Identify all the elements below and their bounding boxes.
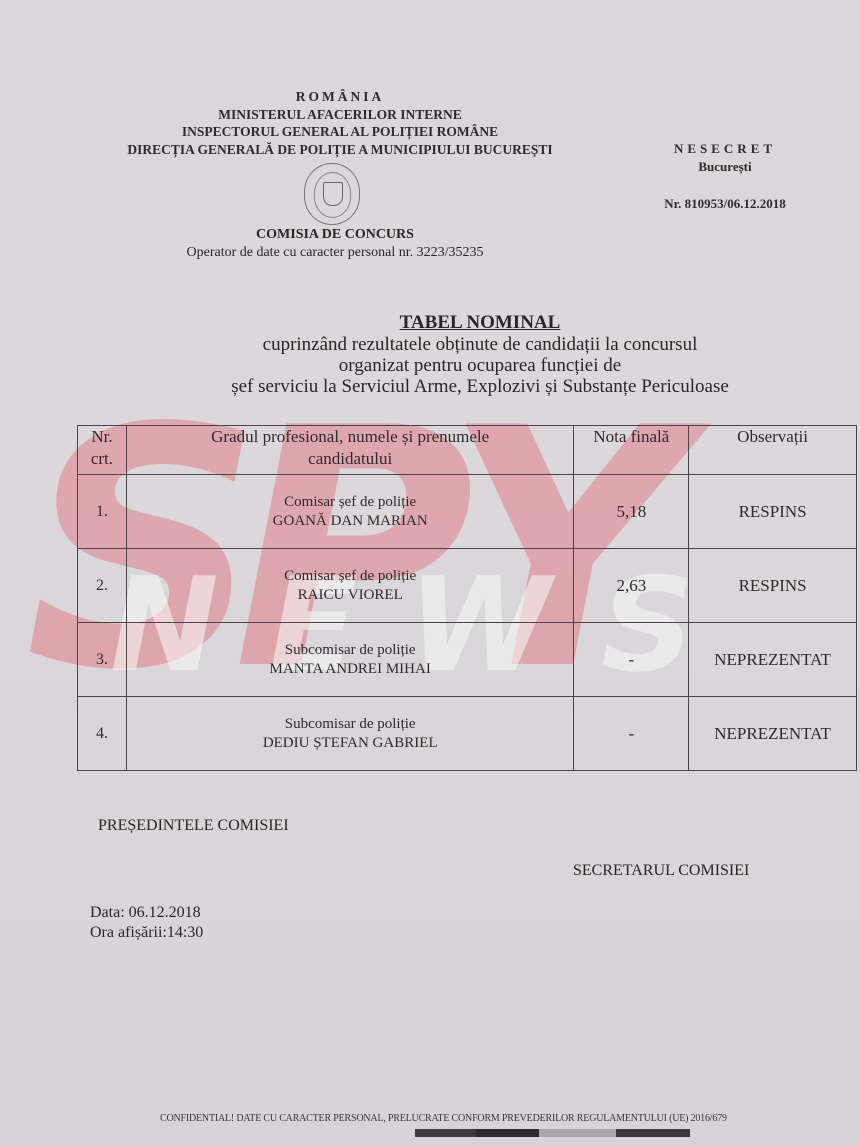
row-number: 3. — [78, 623, 127, 697]
row-number: 4. — [78, 697, 127, 771]
table-row: 4. Subcomisar de poliție DEDIU ȘTEFAN GA… — [78, 697, 857, 771]
final-grade: - — [574, 623, 689, 697]
posting-date: Data: 06.12.2018 — [90, 903, 203, 923]
confidentiality-bar — [415, 1129, 690, 1137]
candidate-rank: Subcomisar de poliție — [127, 715, 574, 734]
column-header-remarks: Observații — [689, 426, 857, 475]
header-left: ROMÂNIA MINISTERUL AFACERILOR INTERNE IN… — [90, 88, 590, 158]
remarks: RESPINS — [689, 475, 857, 549]
final-grade: 2,63 — [574, 549, 689, 623]
registration-number: Nr. 810953/06.12.2018 — [615, 196, 835, 212]
column-header-nr-line2: crt. — [78, 448, 126, 470]
table-row: 2. Comisar șef de poliție RAICU VIOREL 2… — [78, 549, 857, 623]
remarks: RESPINS — [689, 549, 857, 623]
remarks: NEPREZENTAT — [689, 623, 857, 697]
column-header-nr: Nr. crt. — [78, 426, 127, 475]
candidate-cell: Comisar șef de poliție RAICU VIOREL — [126, 549, 574, 623]
classification-label: NESECRET — [615, 140, 835, 158]
table-header-row: Nr. crt. Gradul profesional, numele și p… — [78, 426, 857, 475]
column-header-candidate-line2: candidatului — [127, 448, 574, 470]
ministry-name: MINISTERUL AFACERILOR INTERNE — [90, 106, 590, 124]
document-title-block: TABEL NOMINAL cuprinzând rezultatele obț… — [200, 312, 760, 397]
candidate-rank: Subcomisar de poliție — [127, 641, 574, 660]
column-header-candidate: Gradul profesional, numele și prenumele … — [126, 426, 574, 475]
candidate-name: MANTA ANDREI MIHAI — [127, 660, 574, 679]
candidate-name: DEDIU ȘTEFAN GABRIEL — [127, 734, 574, 753]
final-grade: - — [574, 697, 689, 771]
president-signature-label: PREȘEDINTELE COMISIEI — [98, 817, 289, 835]
directorate-name: DIRECȚIA GENERALĂ DE POLIȚIE A MUNICIPIU… — [90, 141, 590, 159]
candidate-rank: Comisar șef de poliție — [127, 493, 574, 512]
final-grade: 5,18 — [574, 475, 689, 549]
column-header-nr-line1: Nr. — [78, 426, 126, 448]
candidate-rank: Comisar șef de poliție — [127, 567, 574, 586]
posting-info: Data: 06.12.2018 Ora afișării:14:30 — [90, 903, 203, 943]
commission-name: COMISIA DE CONCURS — [160, 226, 510, 244]
candidate-name: GOANĂ DAN MARIAN — [127, 512, 574, 531]
table-row: 3. Subcomisar de poliție MANTA ANDREI MI… — [78, 623, 857, 697]
row-number: 1. — [78, 475, 127, 549]
posting-time: Ora afișării:14:30 — [90, 923, 203, 943]
candidate-cell: Comisar șef de poliție GOANĂ DAN MARIAN — [126, 475, 574, 549]
title-line-3: șef serviciu la Serviciul Arme, Exploziv… — [200, 376, 760, 397]
title-line-2: organizat pentru ocuparea funcției de — [200, 355, 760, 376]
secretary-signature-label: SECRETARUL COMISIEI — [573, 862, 749, 880]
remarks: NEPREZENTAT — [689, 697, 857, 771]
table-row: 1. Comisar șef de poliție GOANĂ DAN MARI… — [78, 475, 857, 549]
column-header-grade: Nota finală — [574, 426, 689, 475]
candidate-name: RAICU VIOREL — [127, 586, 574, 605]
country-name: ROMÂNIA — [90, 88, 590, 106]
police-seal-icon — [304, 163, 360, 225]
confidentiality-notice: CONFIDENTIAL! DATE CU CARACTER PERSONAL,… — [160, 1113, 780, 1124]
city-label: București — [615, 158, 835, 176]
candidate-cell: Subcomisar de poliție DEDIU ȘTEFAN GABRI… — [126, 697, 574, 771]
document-title: TABEL NOMINAL — [200, 312, 760, 334]
header-right: NESECRET București Nr. 810953/06.12.2018 — [615, 140, 835, 212]
column-header-candidate-line1: Gradul profesional, numele și prenumele — [127, 426, 574, 448]
commission-block: COMISIA DE CONCURS Operator de date cu c… — [160, 226, 510, 262]
inspectorate-name: INSPECTORUL GENERAL AL POLIȚIEI ROMÂNE — [90, 123, 590, 141]
data-operator-note: Operator de date cu caracter personal nr… — [160, 244, 510, 262]
results-table: Nr. crt. Gradul profesional, numele și p… — [77, 425, 857, 771]
title-line-1: cuprinzând rezultatele obținute de candi… — [200, 334, 760, 355]
candidate-cell: Subcomisar de poliție MANTA ANDREI MIHAI — [126, 623, 574, 697]
row-number: 2. — [78, 549, 127, 623]
